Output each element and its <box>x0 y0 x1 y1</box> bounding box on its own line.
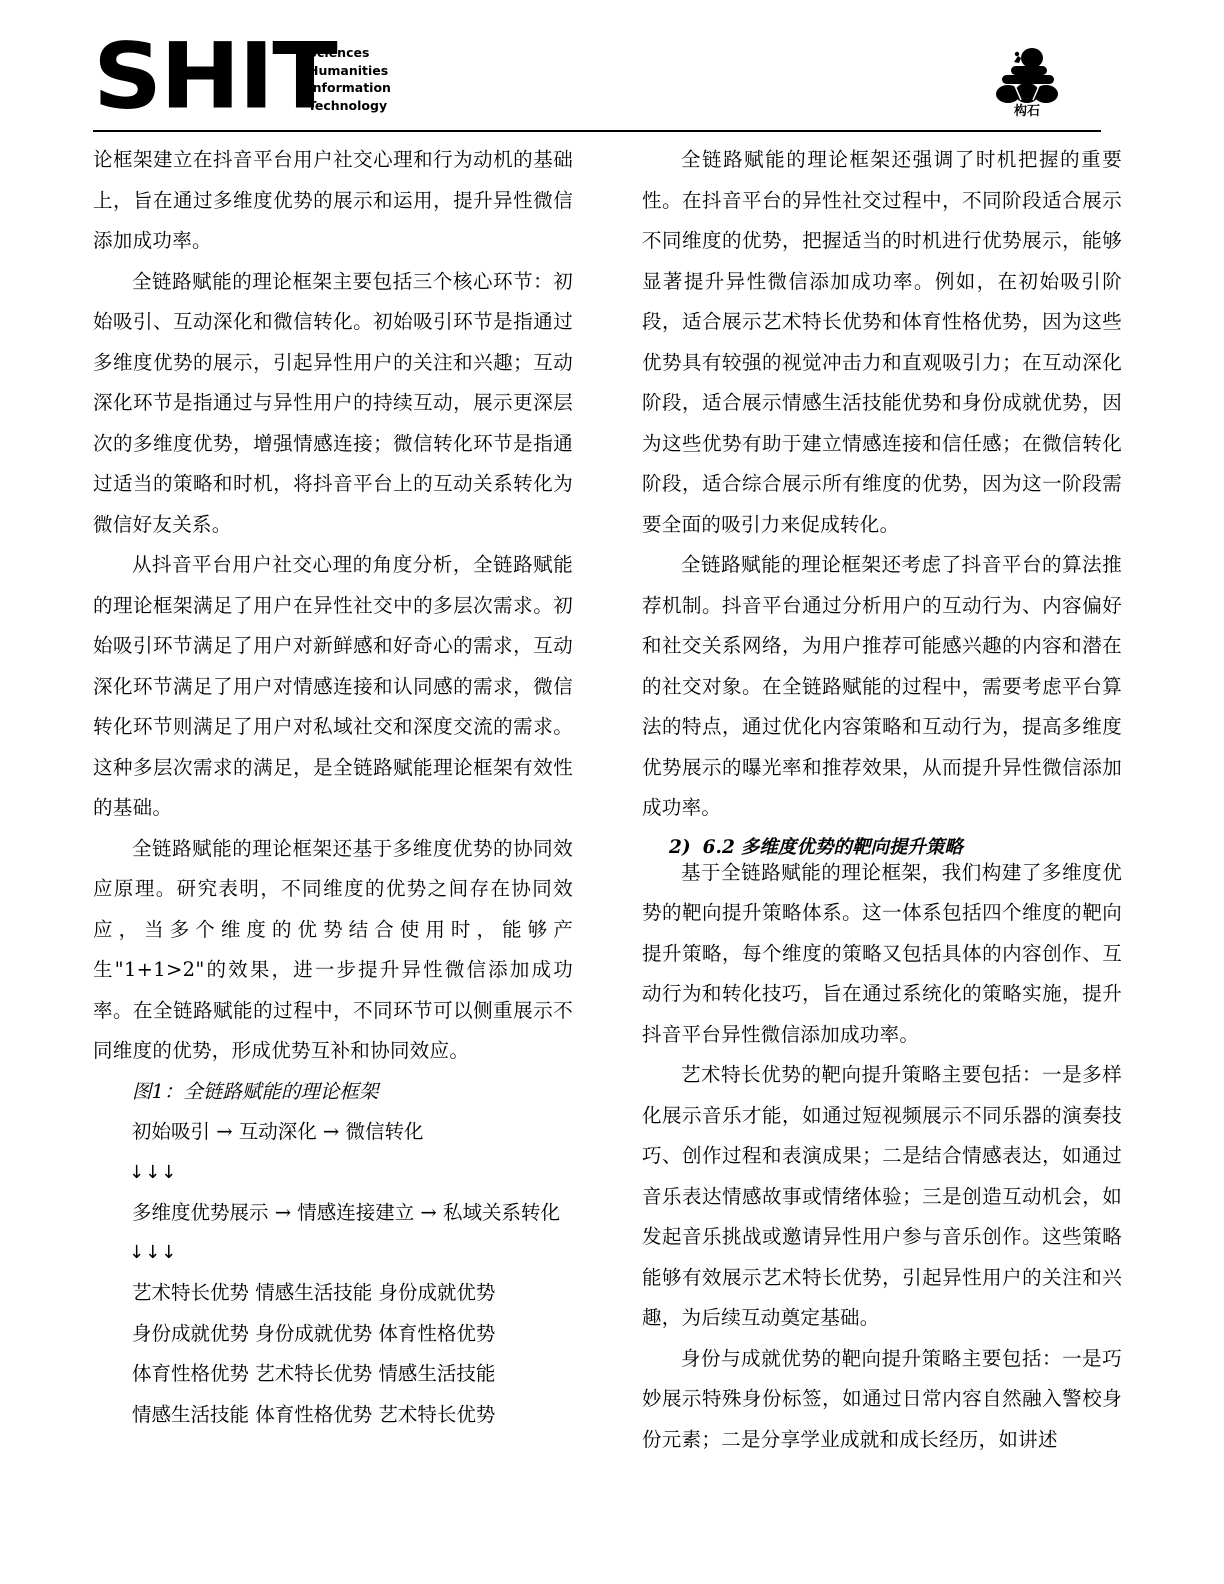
paragraph: 身份与成就优势的靶向提升策略主要包括：一是巧妙展示特殊身份标签，如通过日常内容自… <box>642 1339 1122 1461</box>
journal-subtitle-line: Information <box>308 79 391 97</box>
journal-subtitle: Sciences Humanities Information Technolo… <box>308 44 391 114</box>
paragraph: 基于全链路赋能的理论框架，我们构建了多维度优势的靶向提升策略体系。这一体系包括四… <box>642 853 1122 1056</box>
journal-subtitle-line: Technology <box>308 97 391 115</box>
figure-caption: 图1：全链路赋能的理论框架 <box>93 1072 573 1113</box>
figure-grid-row: 身份成就优势 身份成就优势 体育性格优势 <box>93 1314 573 1355</box>
figure-grid-row: 艺术特长优势 情感生活技能 身份成就优势 <box>93 1273 573 1314</box>
paragraph: 全链路赋能的理论框架主要包括三个核心环节：初始吸引、互动深化和微信转化。初始吸引… <box>93 262 573 546</box>
stone-pile-icon <box>992 44 1062 104</box>
figure-1: 图1：全链路赋能的理论框架 初始吸引 → 互动深化 → 微信转化 ↓↓↓ 多维度… <box>93 1072 573 1436</box>
paragraph: 艺术特长优势的靶向提升策略主要包括：一是多样化展示音乐才能，如通过短视频展示不同… <box>642 1055 1122 1339</box>
journal-logo: SHIT <box>93 36 336 116</box>
figure-flow-row: 多维度优势展示 → 情感连接建立 → 私域关系转化 <box>93 1193 573 1234</box>
down-arrows-icon: ↓↓↓ <box>93 1153 573 1193</box>
right-column: 全链路赋能的理论框架还强调了时机把握的重要性。在抖音平台的异性社交过程中，不同阶… <box>642 140 1122 1460</box>
figure-grid-row: 体育性格优势 艺术特长优势 情感生活技能 <box>93 1354 573 1395</box>
left-column: 论框架建立在抖音平台用户社交心理和行为动机的基础上，旨在通过多维度优势的展示和运… <box>93 140 573 1435</box>
publisher-name: 构石 <box>990 104 1064 120</box>
journal-subtitle-line: Sciences <box>308 44 391 62</box>
paragraph: 全链路赋能的理论框架还基于多维度优势的协同效应原理。研究表明，不同维度的优势之间… <box>93 829 573 1072</box>
journal-subtitle-line: Humanities <box>308 62 391 80</box>
publisher-logo: 构石 <box>990 44 1064 120</box>
figure-grid-row: 情感生活技能 体育性格优势 艺术特长优势 <box>93 1395 573 1436</box>
header-divider <box>93 130 1101 132</box>
down-arrows-icon: ↓↓↓ <box>93 1233 573 1273</box>
paragraph: 全链路赋能的理论框架还强调了时机把握的重要性。在抖音平台的异性社交过程中，不同阶… <box>642 140 1122 545</box>
paragraph: 从抖音平台用户社交心理的角度分析，全链路赋能的理论框架满足了用户在异性社交中的多… <box>93 545 573 829</box>
figure-flow-row: 初始吸引 → 互动深化 → 微信转化 <box>93 1112 573 1153</box>
paragraph: 全链路赋能的理论框架还考虑了抖音平台的算法推荐机制。抖音平台通过分析用户的互动行… <box>642 545 1122 829</box>
paper-page: SHIT Sciences Humanities Information Tec… <box>0 0 1224 1584</box>
paragraph: 论框架建立在抖音平台用户社交心理和行为动机的基础上，旨在通过多维度优势的展示和运… <box>93 140 573 262</box>
